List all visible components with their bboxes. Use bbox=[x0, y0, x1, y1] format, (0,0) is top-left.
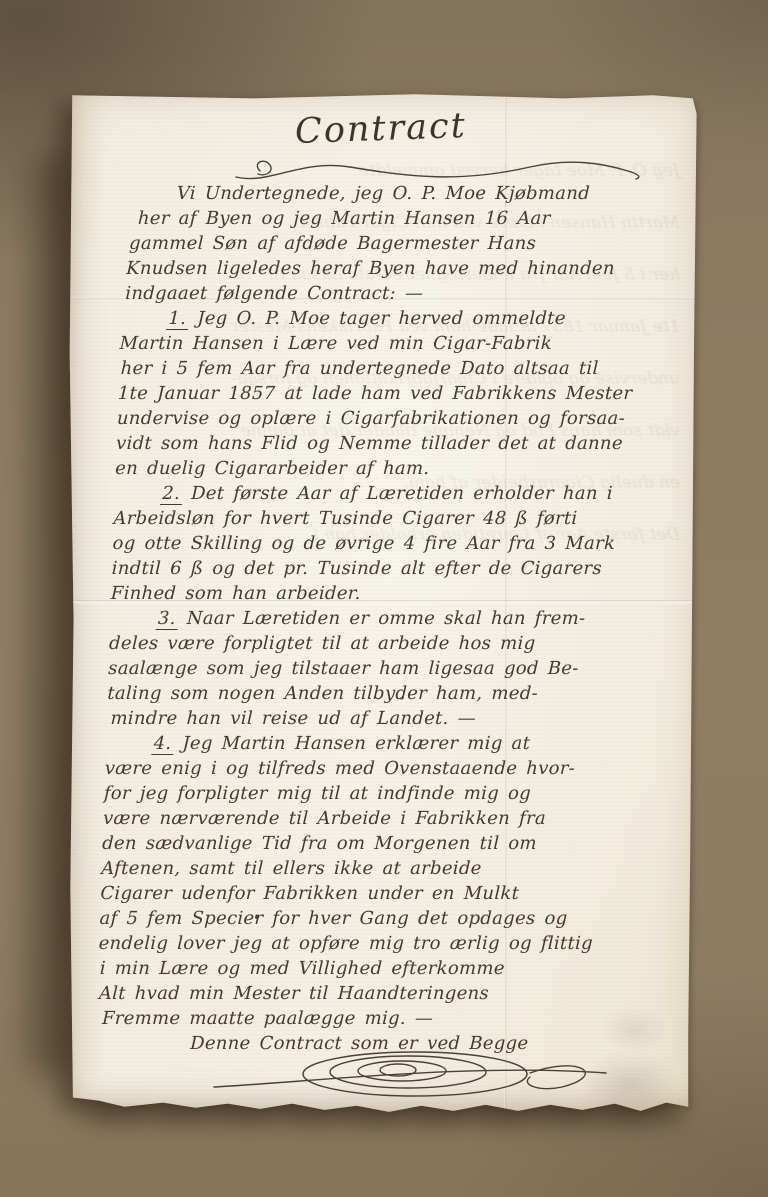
script-line: af 5 fem Specier for hver Gang det opdag… bbox=[99, 906, 665, 931]
line-text: deles være forpligtet til at arbeide hos… bbox=[109, 633, 536, 654]
script-line: her i 5 fem Aar fra undertegnede Dato al… bbox=[118, 356, 684, 381]
script-line: her af Byen og jeg Martin Hansen 16 Aar bbox=[124, 206, 690, 231]
script-line: Cigarer udenfor Fabrikken under en Mulkt bbox=[100, 881, 666, 906]
line-text: Martin Hansen i Lære ved min Cigar-Fabri… bbox=[119, 333, 552, 354]
line-text: være nærværende til Arbeide i Fabrikken … bbox=[103, 808, 547, 829]
line-text: endelig lover jeg at opføre mig tro ærli… bbox=[98, 933, 593, 954]
script-line: 4.Jeg Martin Hansen erklærer mig at bbox=[105, 731, 671, 756]
script-line: i min Lære og med Villighed efterkomme bbox=[97, 956, 663, 981]
paragraph-number: 1. bbox=[166, 308, 189, 330]
title-block: Contract bbox=[110, 107, 675, 181]
line-text: her i 5 fem Aar fra undertegnede Dato al… bbox=[120, 358, 599, 379]
paper-sheet: Jeg O. P. Moe tager herved ommeldteMarti… bbox=[60, 85, 705, 1115]
line-text: Jeg O. P. Moe tager herved ommeldte bbox=[197, 308, 566, 329]
line-text: Arbeidsløn for hvert Tusinde Cigarer 48 … bbox=[113, 508, 578, 529]
script-line: mindre han vil reise ud af Landet. — bbox=[106, 706, 672, 731]
paragraph-number: 2. bbox=[160, 483, 183, 505]
script-line: 1.Jeg O. P. Moe tager herved ommeldte bbox=[120, 306, 686, 331]
line-text: Finhed som han arbeider. bbox=[111, 583, 362, 604]
line-text: Jeg Martin Hansen erklærer mig at bbox=[182, 733, 531, 754]
script-line: være enig i og tilfreds med Ovenstaaende… bbox=[104, 756, 670, 781]
document-title: Contract bbox=[294, 106, 467, 152]
script-line: den sædvanlige Tid fra om Morgenen til o… bbox=[102, 831, 668, 856]
photo-of-document: Jeg O. P. Moe tager herved ommeldteMarti… bbox=[0, 0, 768, 1197]
script-line: 2.Det første Aar af Læretiden erholder h… bbox=[114, 481, 680, 506]
script-line: Fremme maatte paalægge mig. — bbox=[96, 1006, 662, 1031]
script-line: 3.Naar Læretiden er omme skal han frem- bbox=[110, 606, 676, 631]
line-text: indtil 6 ß og det pr. Tusinde alt efter … bbox=[111, 558, 602, 579]
script-line: endelig lover jeg at opføre mig tro ærli… bbox=[98, 931, 664, 956]
line-text: Vi Undertegnede, jeg O. P. Moe Kjøbmand bbox=[176, 183, 590, 204]
script-line: vidt som hans Flid og Nemme tillader det… bbox=[116, 431, 682, 456]
line-text: af 5 fem Specier for hver Gang det opdag… bbox=[99, 908, 568, 929]
script-line: Vi Undertegnede, jeg O. P. Moe Kjøbmand bbox=[124, 181, 690, 206]
paragraph-number: 3. bbox=[156, 608, 179, 630]
line-text: i min Lære og med Villighed efterkomme bbox=[99, 958, 505, 979]
line-text: gammel Søn af afdøde Bagermester Hans bbox=[129, 233, 537, 254]
line-text: være enig i og tilfreds med Ovenstaaende… bbox=[104, 758, 575, 779]
paragraph-number: 4. bbox=[151, 733, 174, 755]
script-line: Martin Hansen i Lære ved min Cigar-Fabri… bbox=[119, 331, 685, 356]
script-line: Alt hvad min Mester til Haandteringens bbox=[96, 981, 662, 1006]
script-line: deles være forpligtet til at arbeide hos… bbox=[109, 631, 675, 656]
script-line: indgaaet følgende Contract: — bbox=[121, 281, 687, 306]
script-line: Knudsen ligeledes heraf Byen have med hi… bbox=[122, 256, 688, 281]
line-text: Alt hvad min Mester til Haandteringens bbox=[99, 983, 490, 1004]
line-text: her af Byen og jeg Martin Hansen 16 Aar bbox=[138, 208, 551, 229]
script-line: saalænge som jeg tilstaaer ham ligesaa g… bbox=[108, 656, 674, 681]
line-text: vidt som hans Flid og Nemme tillader det… bbox=[116, 433, 623, 454]
script-line: 1te Januar 1857 at lade ham ved Fabrikke… bbox=[117, 381, 683, 406]
line-text: mindre han vil reise ud af Landet. — bbox=[110, 708, 476, 729]
line-text: Knudsen ligeledes heraf Byen have med hi… bbox=[126, 258, 615, 279]
line-text: Aftenen, samt til ellers ikke at arbeide bbox=[101, 858, 482, 879]
line-text: en duelig Cigararbeider af ham. bbox=[115, 458, 430, 479]
line-text: den sædvanlige Tid fra om Morgenen til o… bbox=[102, 833, 537, 854]
line-text: for jeg forpligter mig til at indfinde m… bbox=[104, 783, 532, 804]
line-text: undervise og oplære i Cigarfabrikationen… bbox=[117, 408, 626, 429]
script-line: for jeg forpligter mig til at indfinde m… bbox=[103, 781, 669, 806]
script-line: taling som nogen Anden tilbyder ham, med… bbox=[107, 681, 673, 706]
line-text: 1te Januar 1857 at lade ham ved Fabrikke… bbox=[117, 383, 632, 404]
script-line: være nærværende til Arbeide i Fabrikken … bbox=[103, 806, 669, 831]
document-content: Contract Vi Undertegnede, jeg O. P. Moe … bbox=[60, 85, 705, 1056]
script-line: en duelig Cigararbeider af ham. bbox=[115, 456, 681, 481]
line-text: og otte Skilling og de øvrige 4 fire Aar… bbox=[112, 533, 615, 554]
script-line: indtil 6 ß og det pr. Tusinde alt efter … bbox=[111, 556, 677, 581]
line-text: Naar Læretiden er omme skal han frem- bbox=[186, 608, 585, 629]
line-text: indgaaet følgende Contract: — bbox=[125, 283, 424, 304]
script-line: Finhed som han arbeider. bbox=[110, 581, 676, 606]
line-text: saalænge som jeg tilstaaer ham ligesaa g… bbox=[108, 658, 579, 679]
closing-flourish-icon bbox=[210, 1049, 610, 1099]
script-line: Arbeidsløn for hvert Tusinde Cigarer 48 … bbox=[113, 506, 679, 531]
script-line: gammel Søn af afdøde Bagermester Hans bbox=[123, 231, 689, 256]
handwritten-lines: Vi Undertegnede, jeg O. P. Moe Kjøbmandh… bbox=[95, 181, 691, 1056]
script-line: Aftenen, samt til ellers ikke at arbeide bbox=[101, 856, 667, 881]
line-text: Fremme maatte paalægge mig. — bbox=[102, 1008, 434, 1029]
line-text: taling som nogen Anden tilbyder ham, med… bbox=[107, 683, 538, 704]
script-line: undervise og oplære i Cigarfabrikationen… bbox=[117, 406, 683, 431]
line-text: Det første Aar af Læretiden erholder han… bbox=[191, 483, 613, 504]
script-line: og otte Skilling og de øvrige 4 fire Aar… bbox=[112, 531, 678, 556]
line-text: Cigarer udenfor Fabrikken under en Mulkt bbox=[100, 883, 520, 904]
paper-surface: Jeg O. P. Moe tager herved ommeldteMarti… bbox=[60, 85, 705, 1115]
